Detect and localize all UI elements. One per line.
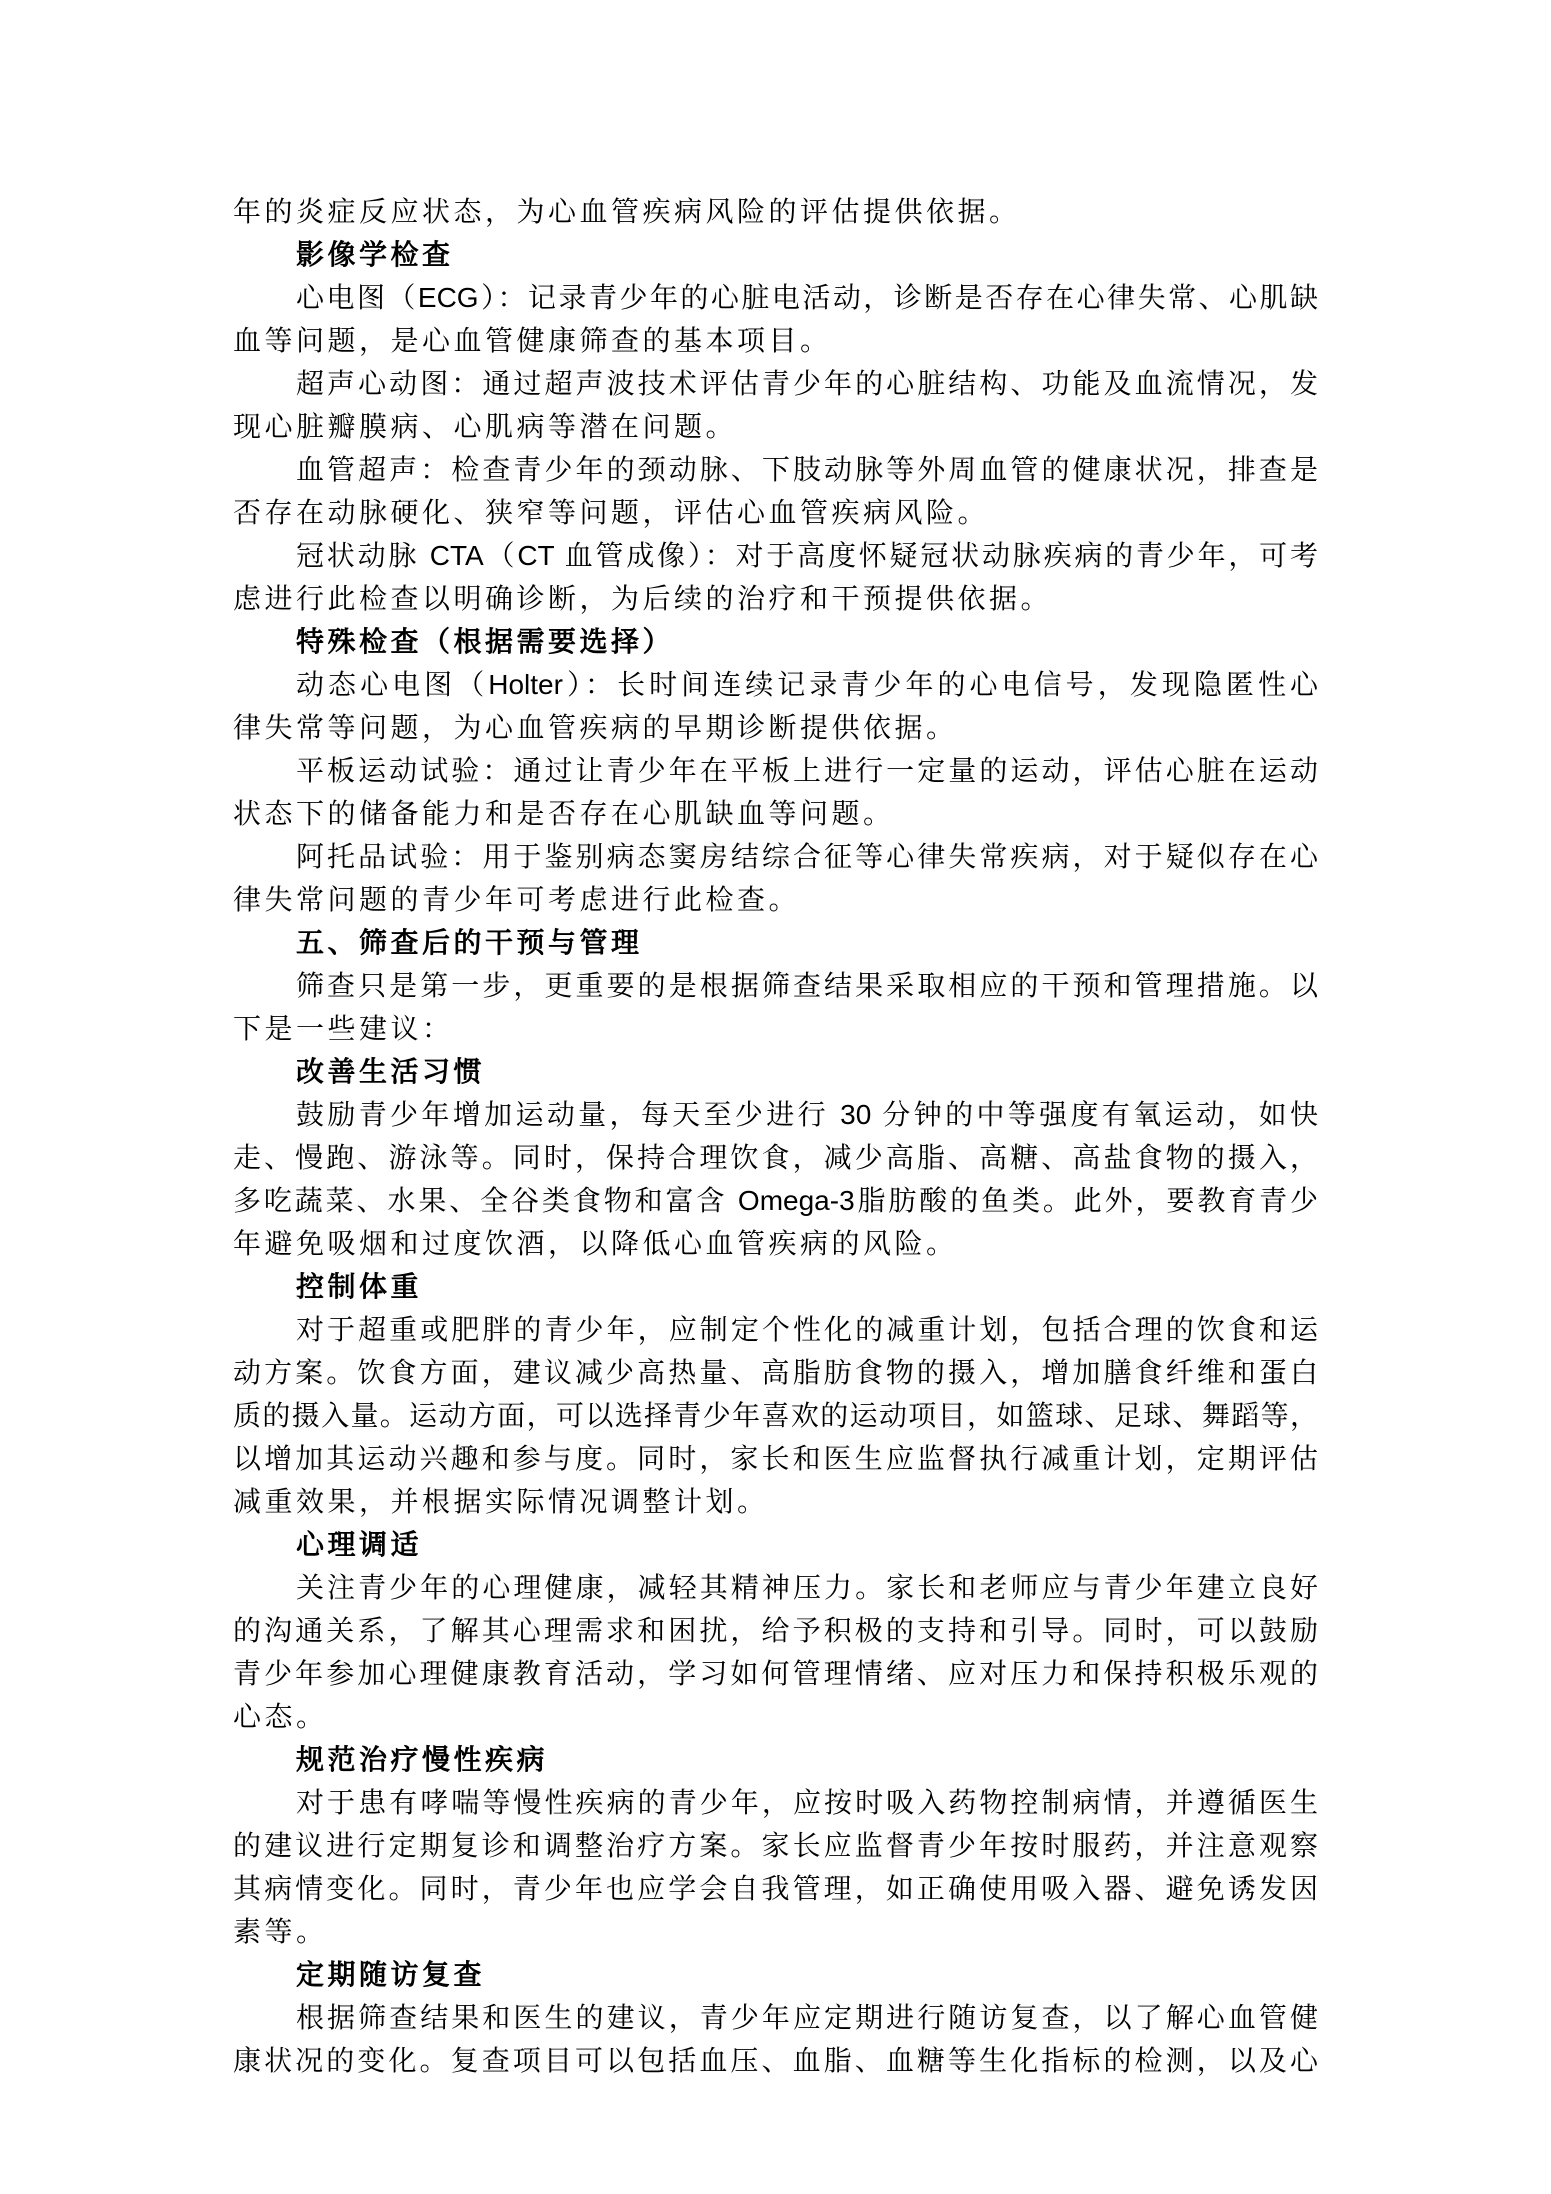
section-heading: 规范治疗慢性疾病 <box>233 1738 1318 1781</box>
text-line: 康状况的变化。复查项目可以包括血压、血脂、血糖等生化指标的检测，以及心 <box>233 2039 1318 2082</box>
text-line: 否存在动脉硬化、狭窄等问题，评估心血管疾病风险。 <box>233 491 1318 534</box>
text-line: 心电图（ECG）：记录青少年的心脏电活动，诊断是否存在心律失常、心肌缺 <box>233 276 1318 319</box>
text-line: 律失常等问题，为心血管疾病的早期诊断提供依据。 <box>233 706 1318 749</box>
section-heading: 改善生活习惯 <box>233 1050 1318 1093</box>
text-line: 冠状动脉 CTA（CT 血管成像）：对于高度怀疑冠状动脉疾病的青少年，可考 <box>233 534 1318 577</box>
text-line: 现心脏瓣膜病、心肌病等潜在问题。 <box>233 405 1318 448</box>
text-line: 根据筛查结果和医生的建议，青少年应定期进行随访复查，以了解心血管健 <box>233 1996 1318 2039</box>
text-line: 走、慢跑、游泳等。同时，保持合理饮食，减少高脂、高糖、高盐食物的摄入， <box>233 1136 1318 1179</box>
text-line: 对于超重或肥胖的青少年，应制定个性化的减重计划，包括合理的饮食和运 <box>233 1308 1318 1351</box>
text-line: 减重效果，并根据实际情况调整计划。 <box>233 1480 1318 1523</box>
text-line: 血管超声：检查青少年的颈动脉、下肢动脉等外周血管的健康状况，排查是 <box>233 448 1318 491</box>
section-heading: 定期随访复查 <box>233 1953 1318 1996</box>
text-line: 关注青少年的心理健康，减轻其精神压力。家长和老师应与青少年建立良好 <box>233 1566 1318 1609</box>
text-line: 下是一些建议： <box>233 1007 1318 1050</box>
text-line: 以增加其运动兴趣和参与度。同时，家长和医生应监督执行减重计划，定期评估 <box>233 1437 1318 1480</box>
text-line: 阿托品试验：用于鉴别病态窦房结综合征等心律失常疾病，对于疑似存在心 <box>233 835 1318 878</box>
text-line: 血等问题，是心血管健康筛查的基本项目。 <box>233 319 1318 362</box>
text-line: 质的摄入量。运动方面，可以选择青少年喜欢的运动项目，如篮球、足球、舞蹈等， <box>233 1394 1318 1437</box>
text-line: 多吃蔬菜、水果、全谷类食物和富含 Omega-3脂肪酸的鱼类。此外，要教育青少 <box>233 1179 1318 1222</box>
text-line: 状态下的储备能力和是否存在心肌缺血等问题。 <box>233 792 1318 835</box>
text-line: 超声心动图：通过超声波技术评估青少年的心脏结构、功能及血流情况，发 <box>233 362 1318 405</box>
text-line: 鼓励青少年增加运动量，每天至少进行 30 分钟的中等强度有氧运动，如快 <box>233 1093 1318 1136</box>
text-line: 其病情变化。同时，青少年也应学会自我管理，如正确使用吸入器、避免诱发因 <box>233 1867 1318 1910</box>
document-page: 年的炎症反应状态，为心血管疾病风险的评估提供依据。影像学检查心电图（ECG）：记… <box>0 0 1551 2194</box>
section-heading: 控制体重 <box>233 1265 1318 1308</box>
section-heading: 影像学检查 <box>233 233 1318 276</box>
document-content: 年的炎症反应状态，为心血管疾病风险的评估提供依据。影像学检查心电图（ECG）：记… <box>233 190 1318 2082</box>
section-heading: 心理调适 <box>233 1523 1318 1566</box>
section-heading: 五、筛查后的干预与管理 <box>233 921 1318 964</box>
text-line: 素等。 <box>233 1910 1318 1953</box>
text-line: 律失常问题的青少年可考虑进行此检查。 <box>233 878 1318 921</box>
text-line: 动态心电图（Holter）：长时间连续记录青少年的心电信号，发现隐匿性心 <box>233 663 1318 706</box>
text-line: 的沟通关系，了解其心理需求和困扰，给予积极的支持和引导。同时，可以鼓励 <box>233 1609 1318 1652</box>
text-line: 对于患有哮喘等慢性疾病的青少年，应按时吸入药物控制病情，并遵循医生 <box>233 1781 1318 1824</box>
text-line: 平板运动试验：通过让青少年在平板上进行一定量的运动，评估心脏在运动 <box>233 749 1318 792</box>
text-line: 筛查只是第一步，更重要的是根据筛查结果采取相应的干预和管理措施。以 <box>233 964 1318 1007</box>
text-line: 动方案。饮食方面，建议减少高热量、高脂肪食物的摄入，增加膳食纤维和蛋白 <box>233 1351 1318 1394</box>
text-line: 虑进行此检查以明确诊断，为后续的治疗和干预提供依据。 <box>233 577 1318 620</box>
text-line: 心态。 <box>233 1695 1318 1738</box>
text-line: 年避免吸烟和过度饮酒，以降低心血管疾病的风险。 <box>233 1222 1318 1265</box>
text-line: 青少年参加心理健康教育活动，学习如何管理情绪、应对压力和保持积极乐观的 <box>233 1652 1318 1695</box>
section-heading: 特殊检查（根据需要选择） <box>233 620 1318 663</box>
text-line: 的建议进行定期复诊和调整治疗方案。家长应监督青少年按时服药，并注意观察 <box>233 1824 1318 1867</box>
text-line: 年的炎症反应状态，为心血管疾病风险的评估提供依据。 <box>233 190 1318 233</box>
